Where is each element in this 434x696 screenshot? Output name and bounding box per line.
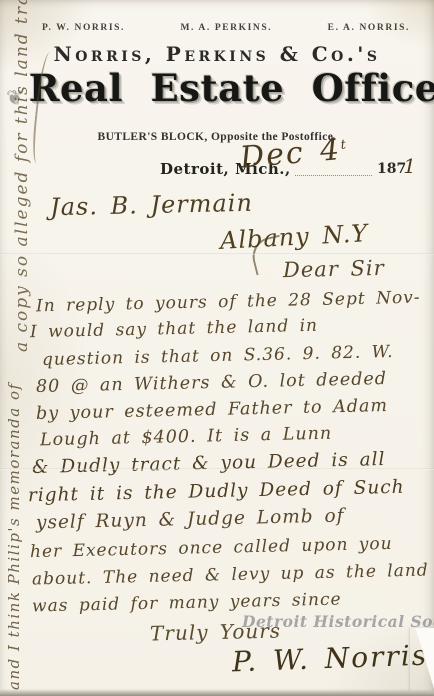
letter-line: about. The need & levy up as the land [32, 561, 429, 590]
letter-line: I would say that the land in [30, 316, 318, 343]
margin-note-upper: a copy so alleged for this land transfer [12, 0, 32, 352]
watermark-text: Detroit Historical Society [242, 612, 434, 631]
letter-line: & Dudly tract & you Deed is all [32, 449, 386, 478]
letter-line: by your esteemed Father to Adam [36, 396, 388, 424]
recipient-city: Albany N.Y [219, 219, 369, 255]
signature: P. W. Norris [231, 639, 428, 679]
office-title: Real Estate Office [29, 66, 434, 110]
paper-crease [0, 253, 434, 255]
partner-name-right: E. A. NORRIS. [328, 23, 410, 33]
letter-line: question is that on S.36. 9. 82. W. [42, 342, 394, 370]
date-superscript: t [340, 137, 349, 153]
letter-line: right it is the Dudly Deed of Such [28, 477, 405, 507]
letter-line: her Executors once called upon you [30, 534, 393, 562]
corner-fold [410, 628, 434, 692]
printed-year-prefix: 187 [377, 161, 406, 178]
partner-name-left: P. W. NORRIS. [42, 23, 125, 33]
company-name: Norris, Perkins & Co.'s [0, 42, 434, 66]
scan-edge [0, 689, 434, 696]
letter-line: Lough at $400. It is a Lunn [40, 424, 333, 451]
letter-line: yself Ruyn & Judge Lomb of [36, 506, 345, 534]
address-line: BUTLER'S BLOCK, Opposite the Postoffice. [0, 131, 434, 143]
letter-line: 80 @ an Withers & O. lot deeded [36, 369, 387, 397]
margin-note-lower: and I think Philip's memoranda of [5, 382, 23, 690]
office-title-row: ❦Real Estate Office❦ [0, 66, 434, 110]
paper-crease [0, 468, 434, 470]
handwritten-year-digit: 1 [403, 154, 416, 178]
letterhead-partners: P. W. NORRIS. M. A. PERKINS. E. A. NORRI… [42, 23, 410, 33]
partner-name-center: M. A. PERKINS. [180, 23, 272, 33]
salutation-line: Dear Sir [283, 256, 385, 282]
recipient-line: Jas. B. Jermain [50, 189, 253, 222]
letter-line: In reply to yours of the 28 Sept Nov- [36, 288, 421, 317]
scanned-letter: P. W. NORRIS. M. A. PERKINS. E. A. NORRI… [0, 0, 434, 696]
